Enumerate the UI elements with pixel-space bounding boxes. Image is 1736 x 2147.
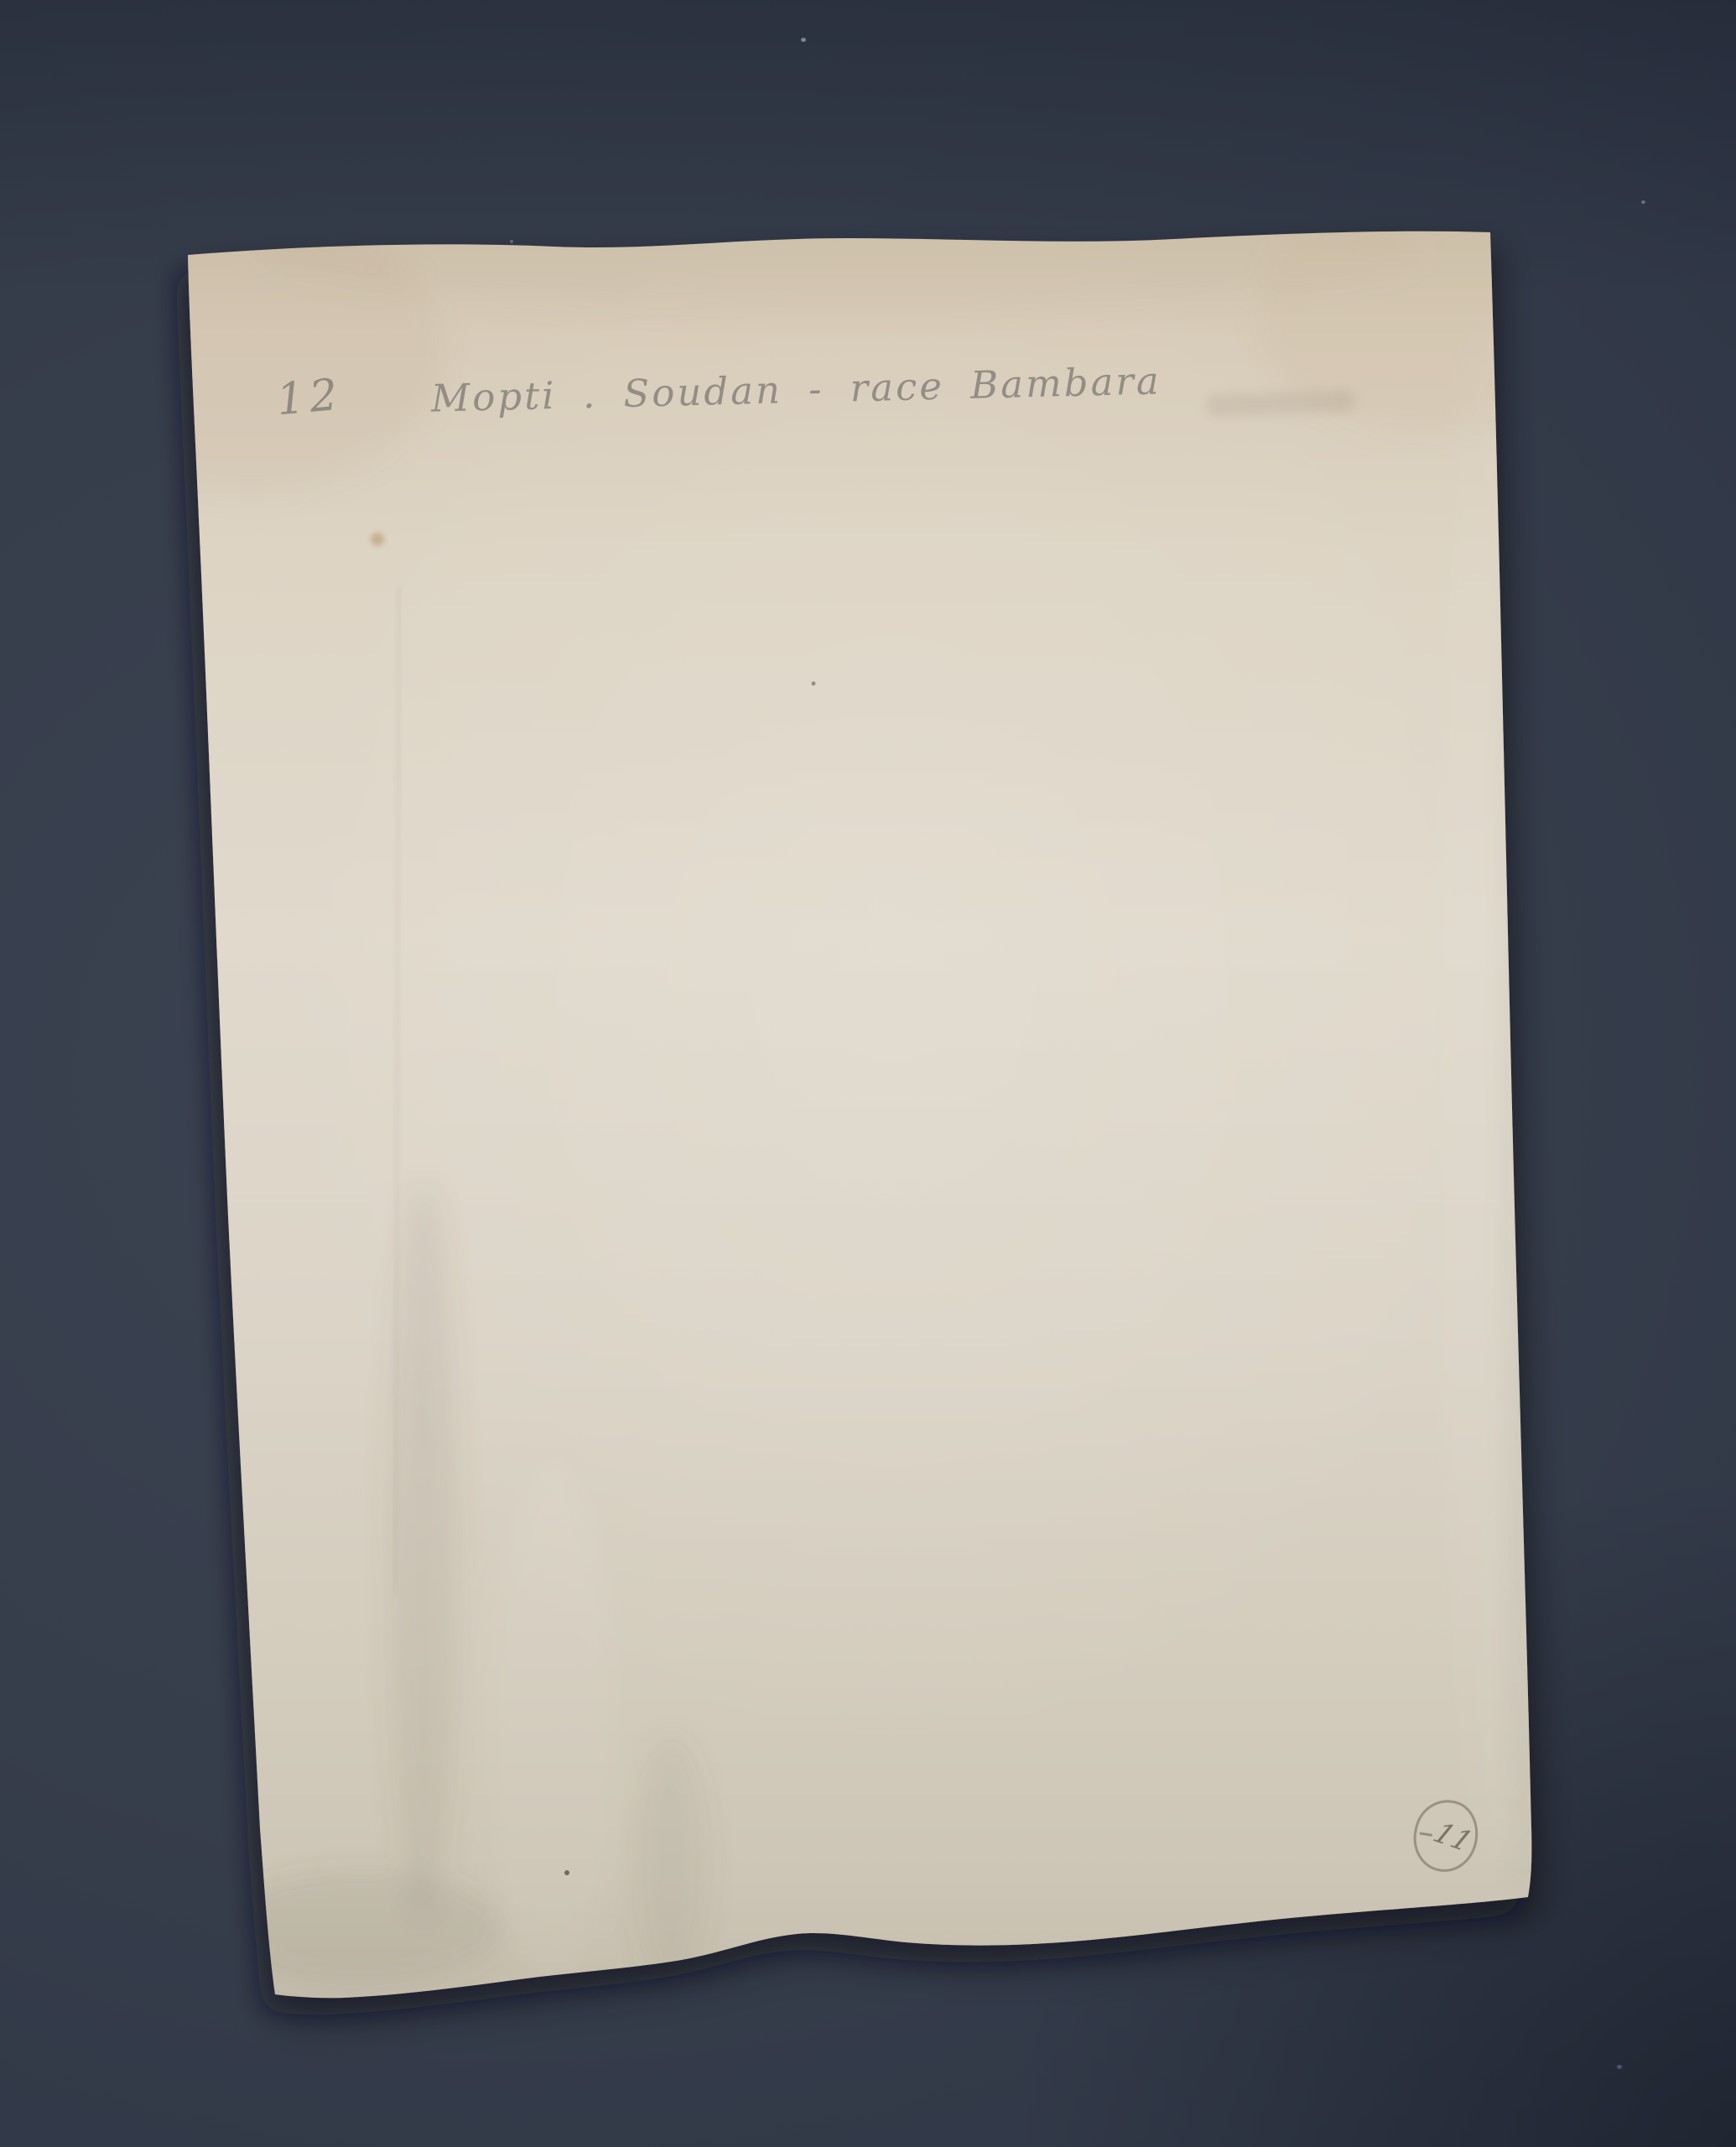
photo-backdrop: 12 Mopti . Soudan - race Bambara 11 bbox=[0, 0, 1736, 2147]
paper-surface-shading bbox=[59, 185, 1610, 2046]
paper-speck bbox=[812, 682, 816, 686]
foxing-spot bbox=[371, 533, 384, 546]
stamp-dash-icon bbox=[1420, 1832, 1432, 1836]
inscription-number: 12 bbox=[275, 370, 345, 426]
paper-speck bbox=[564, 1870, 569, 1875]
stamp-mark: 11 bbox=[1429, 1819, 1478, 1856]
